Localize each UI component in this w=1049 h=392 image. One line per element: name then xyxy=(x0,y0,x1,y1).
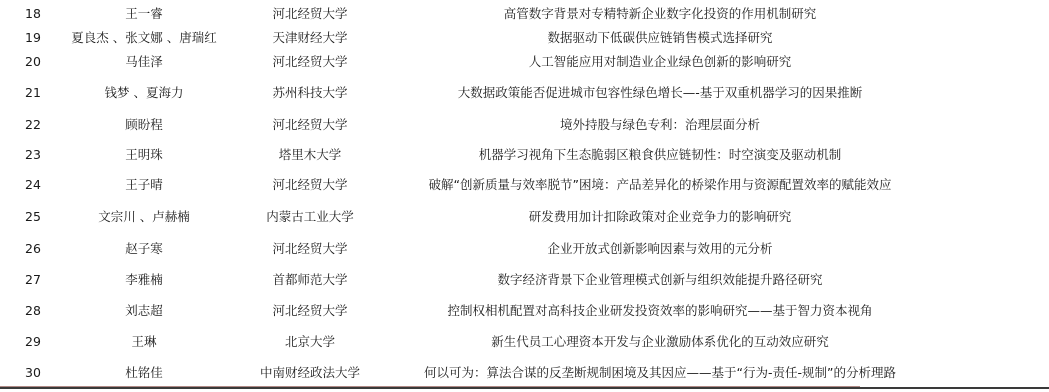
author-names: 王明珠 xyxy=(58,144,230,166)
paper-title: 新生代员工心理资本开发与企业激励体系优化的互动效应研究 xyxy=(380,331,940,353)
paper-title: 人工智能应用对制造业企业绿色创新的影响研究 xyxy=(380,51,940,73)
paper-title: 机器学习视角下生态脆弱区粮食供应链韧性：时空演变及驱动机制 xyxy=(380,144,940,166)
university: 塔里木大学 xyxy=(250,144,370,166)
table-row: 20 马佳泽 河北经贸大学 人工智能应用对制造业企业绿色创新的影响研究 xyxy=(0,51,1049,73)
table-row: 29 王琳 北京大学 新生代员工心理资本开发与企业激励体系优化的互动效应研究 xyxy=(0,331,1049,353)
author-names: 王一睿 xyxy=(58,3,230,25)
author-names: 顾盼程 xyxy=(58,114,230,136)
table-row: 23 王明珠 塔里木大学 机器学习视角下生态脆弱区粮食供应链韧性：时空演变及驱动… xyxy=(0,144,1049,166)
table-row: 24 王子晴 河北经贸大学 破解“创新质量与效率脱节”困境：产品差异化的桥梁作用… xyxy=(0,174,1049,196)
author-names: 刘志超 xyxy=(58,300,230,322)
university: 河北经贸大学 xyxy=(250,300,370,322)
university: 河北经贸大学 xyxy=(250,174,370,196)
paper-title: 控制权相机配置对高科技企业研发投资效率的影响研究——基于智力资本视角 xyxy=(380,300,940,322)
paper-title: 境外持股与绿色专利：治理层面分析 xyxy=(380,114,940,136)
author-names: 夏良杰 、张文娜 、唐瑞红 xyxy=(58,27,230,49)
table-bottom-border xyxy=(0,387,1049,389)
table-row: 18 王一睿 河北经贸大学 高管数字背景对专精特新企业数字化投资的作用机制研究 xyxy=(0,3,1049,25)
table-row: 21 钱梦 、夏海力 苏州科技大学 大数据政策能否促进城市包容性绿色增长—-基于… xyxy=(0,82,1049,104)
author-names: 王子晴 xyxy=(58,174,230,196)
university: 河北经贸大学 xyxy=(250,114,370,136)
author-names: 钱梦 、夏海力 xyxy=(58,82,230,104)
author-names: 李雅楠 xyxy=(58,269,230,291)
university: 内蒙古工业大学 xyxy=(250,206,370,228)
author-names: 马佳泽 xyxy=(58,51,230,73)
author-names: 杜铭佳 xyxy=(58,362,230,384)
table-row: 27 李雅楠 首都师范大学 数字经济背景下企业管理模式创新与组织效能提升路径研究 xyxy=(0,269,1049,291)
author-names: 文宗川 、卢赫楠 xyxy=(58,206,230,228)
paper-title: 高管数字背景对专精特新企业数字化投资的作用机制研究 xyxy=(380,3,940,25)
university: 首都师范大学 xyxy=(250,269,370,291)
paper-title: 何以可为：算法合谋的反垄断规制困境及其因应——基于“行为-责任-规制”的分析理路 xyxy=(380,362,940,384)
paper-title: 企业开放式创新影响因素与效用的元分析 xyxy=(380,238,940,260)
paper-title: 数字经济背景下企业管理模式创新与组织效能提升路径研究 xyxy=(380,269,940,291)
paper-title: 大数据政策能否促进城市包容性绿色增长—-基于双重机器学习的因果推断 xyxy=(380,82,940,104)
table-row: 25 文宗川 、卢赫楠 内蒙古工业大学 研发费用加计扣除政策对企业竞争力的影响研… xyxy=(0,206,1049,228)
university: 河北经贸大学 xyxy=(250,3,370,25)
table-row: 26 赵子寒 河北经贸大学 企业开放式创新影响因素与效用的元分析 xyxy=(0,238,1049,260)
table-row: 22 顾盼程 河北经贸大学 境外持股与绿色专利：治理层面分析 xyxy=(0,114,1049,136)
university: 中南财经政法大学 xyxy=(250,362,370,384)
paper-title: 数据驱动下低碳供应链销售模式选择研究 xyxy=(380,27,940,49)
author-names: 赵子寒 xyxy=(58,238,230,260)
table-row: 30 杜铭佳 中南财经政法大学 何以可为：算法合谋的反垄断规制困境及其因应——基… xyxy=(0,362,1049,384)
university: 河北经贸大学 xyxy=(250,51,370,73)
table-row: 19 夏良杰 、张文娜 、唐瑞红 天津财经大学 数据驱动下低碳供应链销售模式选择… xyxy=(0,27,1049,49)
author-names: 王琳 xyxy=(58,331,230,353)
university: 天津财经大学 xyxy=(250,27,370,49)
university: 河北经贸大学 xyxy=(250,238,370,260)
paper-title: 破解“创新质量与效率脱节”困境：产品差异化的桥梁作用与资源配置效率的赋能效应 xyxy=(380,174,940,196)
university: 北京大学 xyxy=(250,331,370,353)
table-row: 28 刘志超 河北经贸大学 控制权相机配置对高科技企业研发投资效率的影响研究——… xyxy=(0,300,1049,322)
university: 苏州科技大学 xyxy=(250,82,370,104)
paper-title: 研发费用加计扣除政策对企业竞争力的影响研究 xyxy=(380,206,940,228)
